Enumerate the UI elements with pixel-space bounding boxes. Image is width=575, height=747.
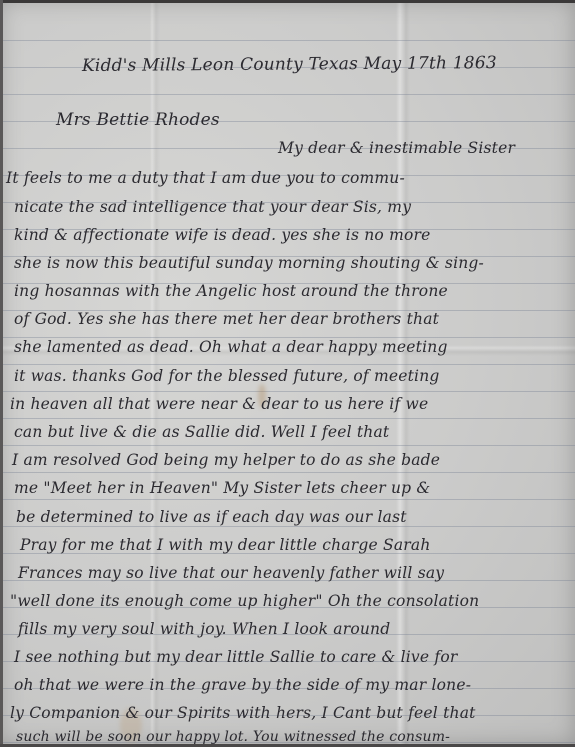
letter-line: can but live & die as Sallie did. Well I… xyxy=(14,422,389,442)
place-date-line: Kidd's Mills Leon County Texas May 17th … xyxy=(82,53,497,76)
letter-line: in heaven all that were near & dear to u… xyxy=(10,394,428,414)
letter-line: ly Companion & our Spirits with hers, I … xyxy=(10,703,476,723)
letter-line: she is now this beautiful sunday morning… xyxy=(14,253,484,273)
letter-line: she lamented as dead. Oh what a dear hap… xyxy=(14,337,448,357)
letter-line: "well done its enough come up higher" Oh… xyxy=(10,591,479,611)
letter-line: It feels to me a duty that I am due you … xyxy=(6,168,405,188)
letter-line: nicate the sad intelligence that your de… xyxy=(14,197,411,217)
letter-line: such will be soon our happy lot. You wit… xyxy=(16,727,450,744)
letter-line: I am resolved God being my helper to do … xyxy=(12,450,440,470)
letter-line: Frances may so live that our heavenly fa… xyxy=(18,563,444,583)
letter-line: fills my very soul with joy. When I look… xyxy=(18,619,390,639)
letter-handwriting: Kidd's Mills Leon County Texas May 17th … xyxy=(0,0,575,744)
letter-line: I see nothing but my dear little Sallie … xyxy=(14,647,457,667)
letter-line: me "Meet her in Heaven" My Sister lets c… xyxy=(14,478,430,498)
letter-line: ing hosannas with the Angelic host aroun… xyxy=(14,281,448,301)
addressee-line: Mrs Bettie Rhodes xyxy=(56,110,220,130)
letter-line: it was. thanks God for the blessed futur… xyxy=(14,366,440,386)
letter-line: kind & affectionate wife is dead. yes sh… xyxy=(14,225,431,245)
letter-line: oh that we were in the grave by the side… xyxy=(14,675,471,695)
letter-line: be determined to live as if each day was… xyxy=(16,507,407,527)
salutation-line: My dear & inestimable Sister xyxy=(278,138,515,158)
letter-line: Pray for me that I with my dear little c… xyxy=(20,535,431,555)
letter-line: of God. Yes she has there met her dear b… xyxy=(14,309,439,329)
